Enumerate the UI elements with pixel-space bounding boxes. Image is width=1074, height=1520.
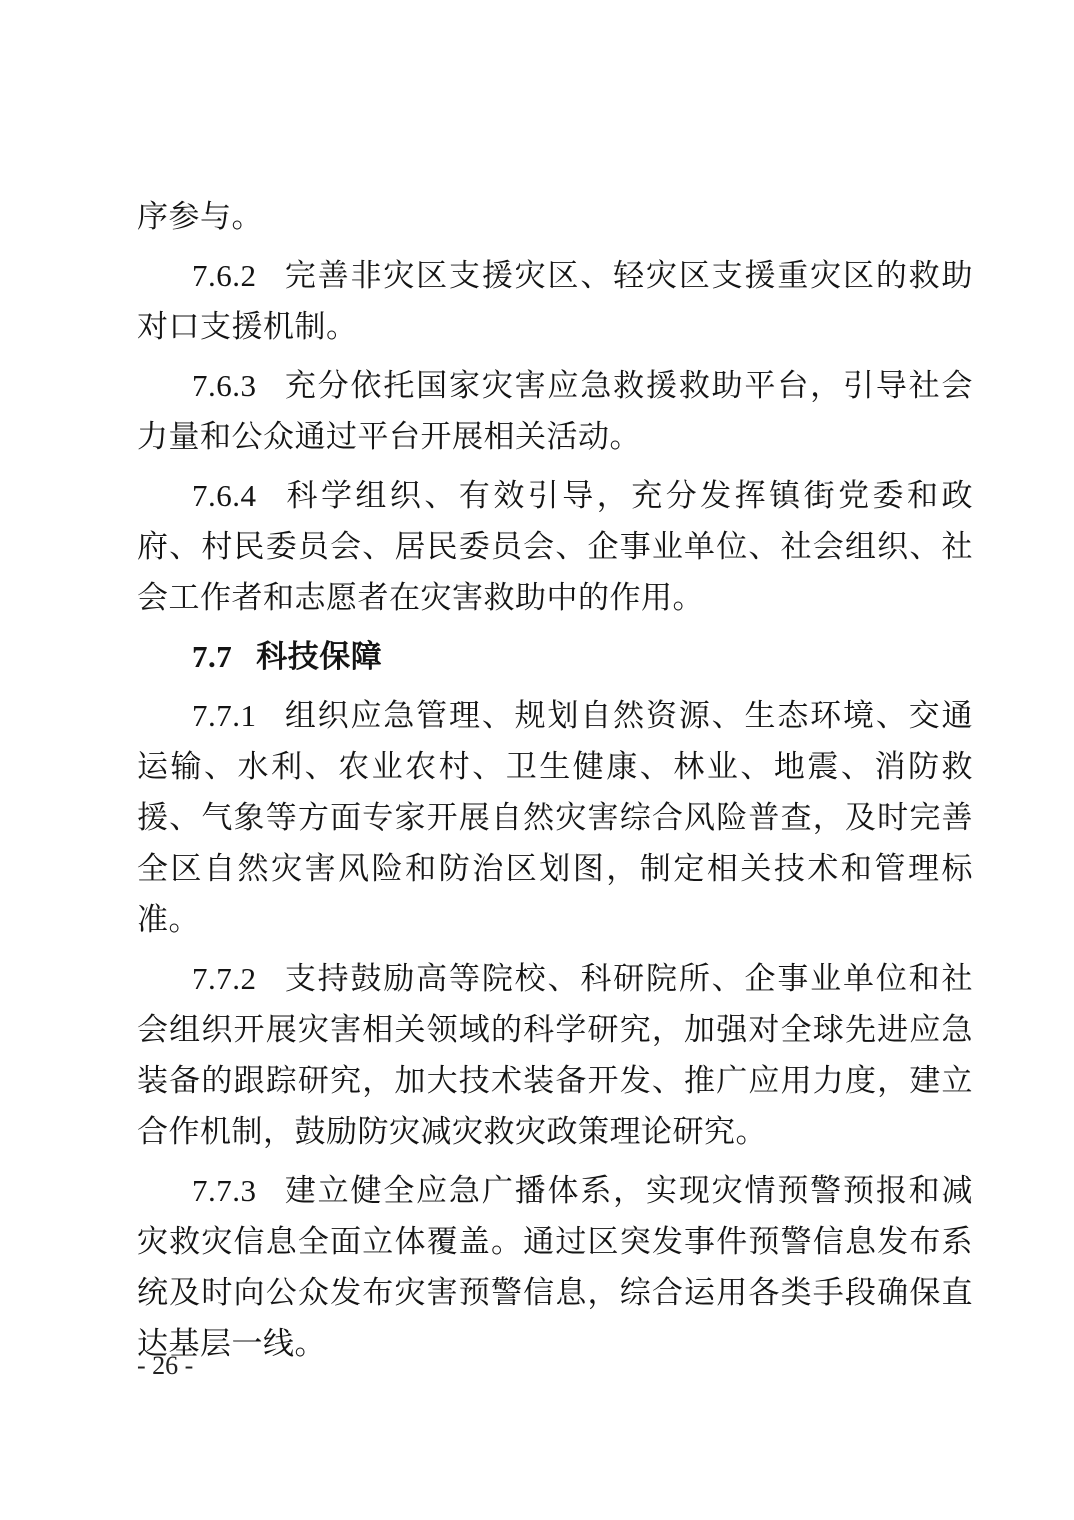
- page-number: - 26 -: [137, 1350, 193, 1382]
- section-number: 7.7.3: [192, 1173, 284, 1208]
- section-number: 7.6.2: [192, 258, 284, 293]
- paragraph-text: 科技保障: [256, 639, 382, 674]
- section-paragraph: 7.6.3充分依托国家灾害应急救援救助平台，引导社会力量和公众通过平台开展相关活…: [137, 360, 973, 462]
- section-number: 7.7.2: [192, 961, 284, 996]
- section-paragraph: 7.6.2完善非灾区支援灾区、轻灾区支援重灾区的救助对口支援机制。: [137, 250, 973, 352]
- section-number: 7.7.1: [192, 698, 284, 733]
- section-paragraph: 7.7.2支持鼓励高等院校、科研院所、企事业单位和社会组织开展灾害相关领域的科学…: [137, 953, 973, 1157]
- paragraph-text: 组织应急管理、规划自然资源、生态环境、交通运输、水利、农业农村、卫生健康、林业、…: [137, 698, 973, 937]
- section-paragraph: 序参与。: [137, 191, 973, 242]
- section-paragraph: 7.7.3建立健全应急广播体系，实现灾情预警预报和减灾救灾信息全面立体覆盖。通过…: [137, 1165, 973, 1369]
- section-number: 7.6.3: [192, 368, 284, 403]
- section-heading: 7.7科技保障: [137, 631, 973, 682]
- section-paragraph: 7.7.1组织应急管理、规划自然资源、生态环境、交通运输、水利、农业农村、卫生健…: [137, 690, 973, 945]
- document-body: 序参与。 7.6.2完善非灾区支援灾区、轻灾区支援重灾区的救助对口支援机制。 7…: [137, 191, 973, 1369]
- section-number: 7.7: [192, 639, 256, 674]
- document-page: 序参与。 7.6.2完善非灾区支援灾区、轻灾区支援重灾区的救助对口支援机制。 7…: [0, 0, 1074, 1520]
- section-paragraph: 7.6.4科学组织、有效引导，充分发挥镇街党委和政府、村民委员会、居民委员会、企…: [137, 470, 973, 623]
- section-number: 7.6.4: [192, 478, 284, 513]
- paragraph-text: 序参与。: [137, 199, 263, 234]
